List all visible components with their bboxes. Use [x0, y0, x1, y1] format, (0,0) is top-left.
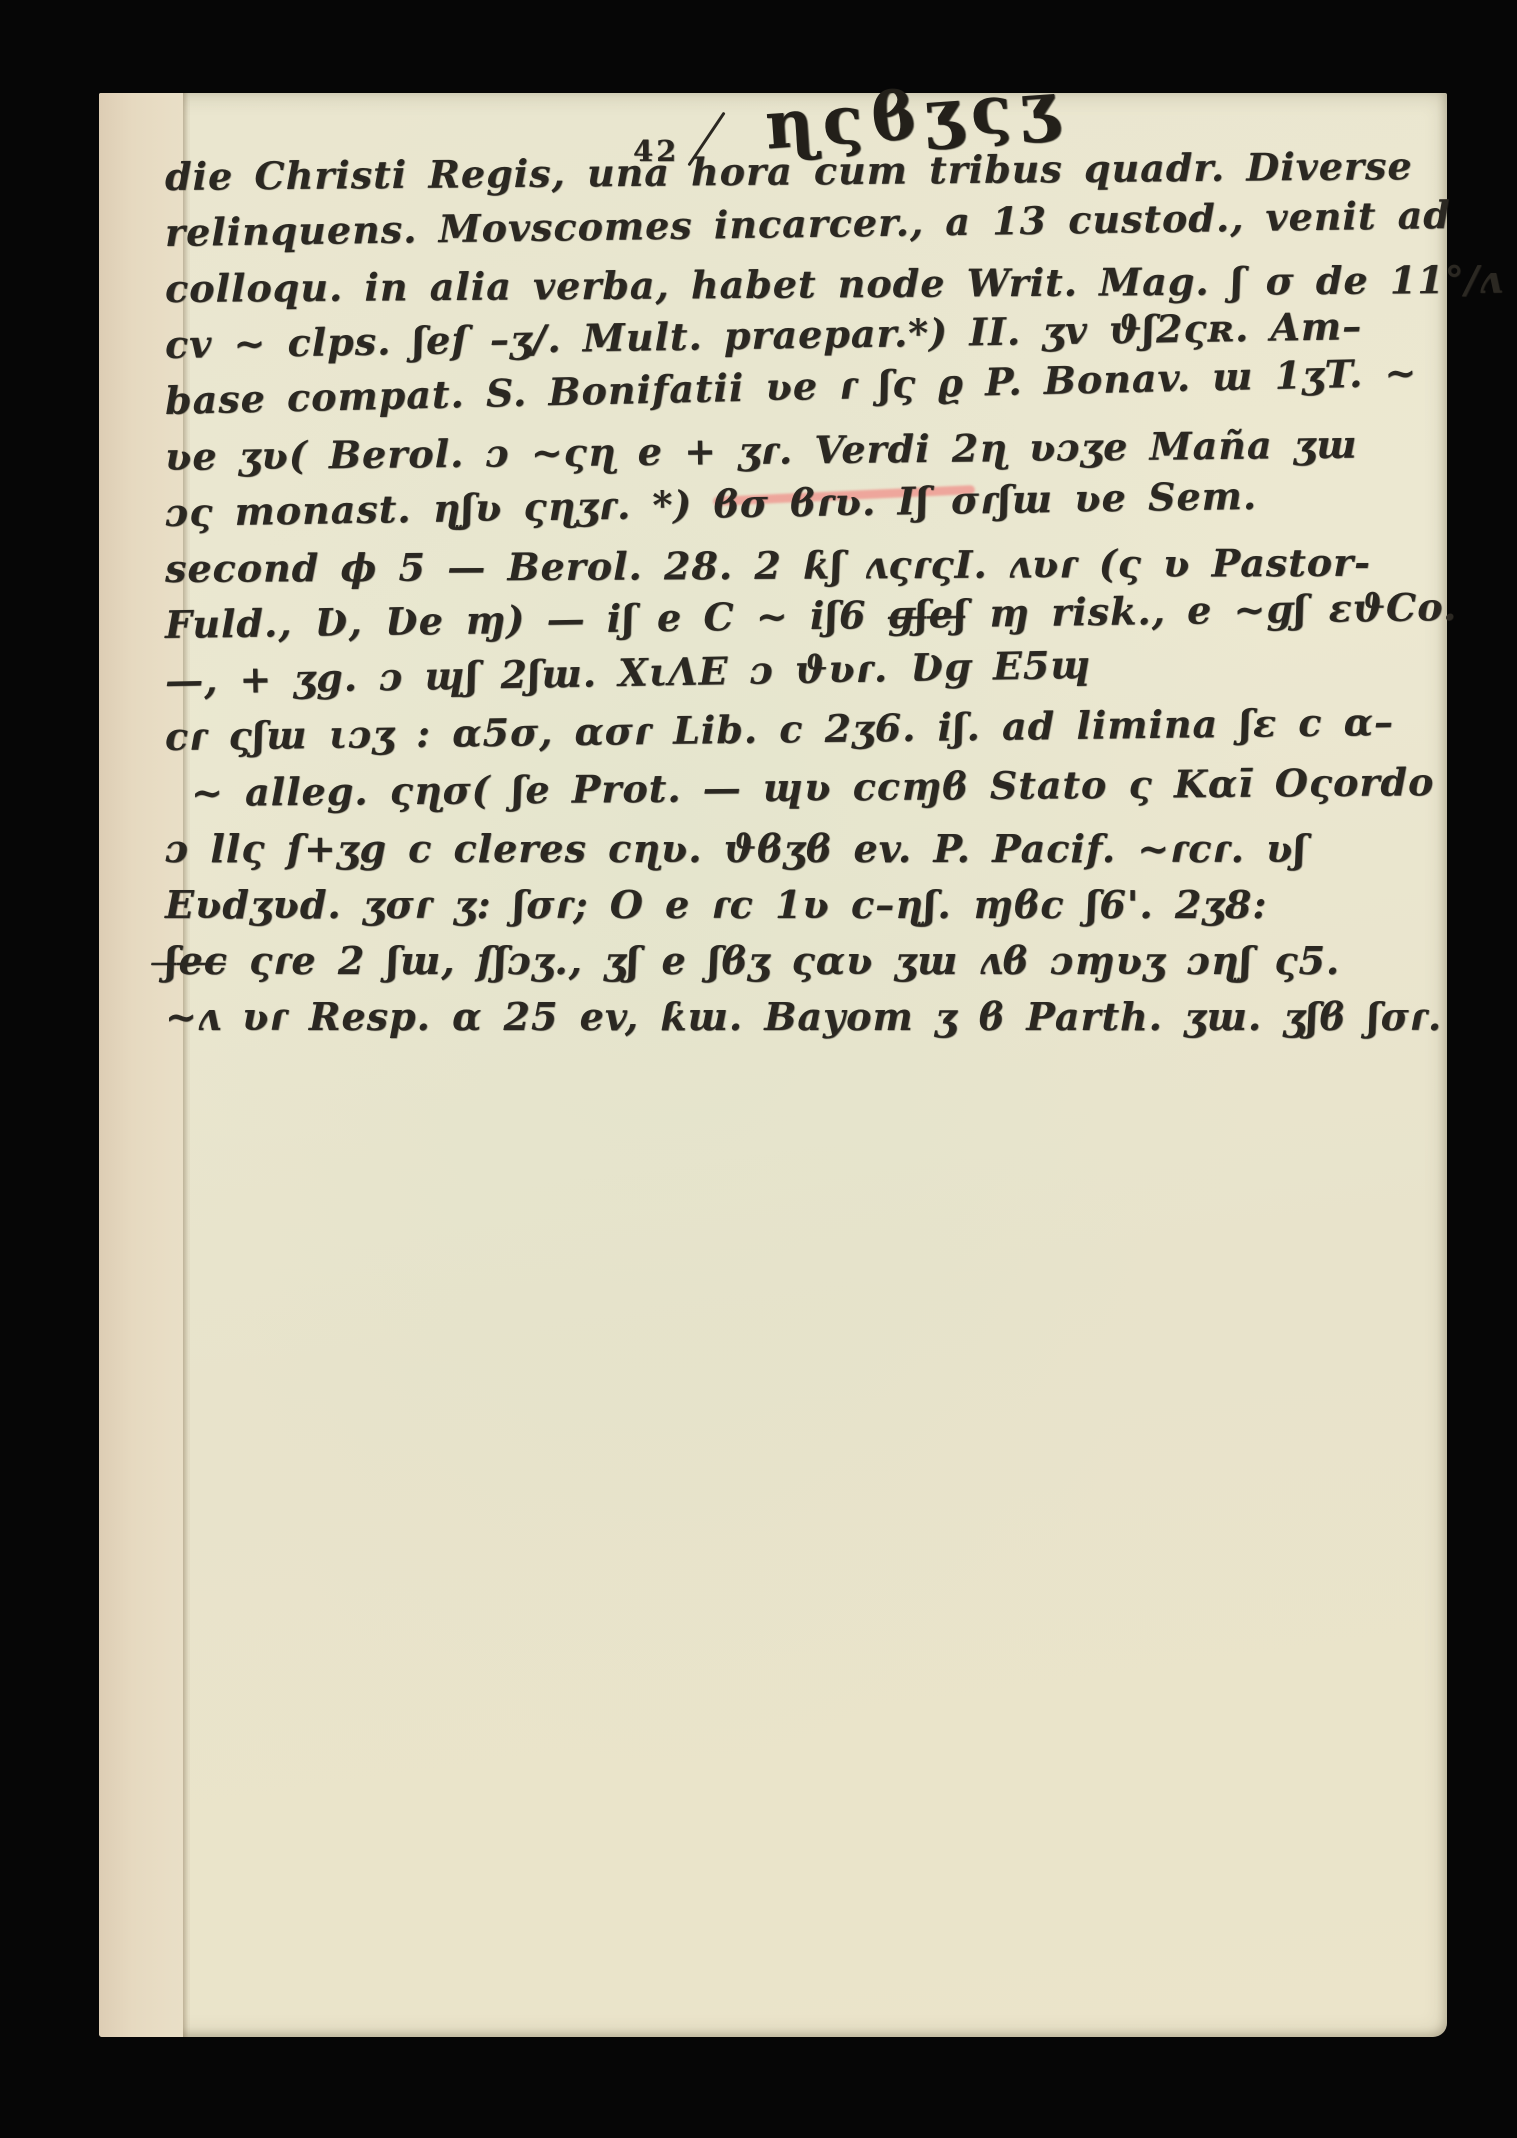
manuscript-page: ɳςϐʒςʒ 42 die Christi Regis, una hora cu… [99, 93, 1447, 2037]
text-line: ~ alleg. ςɳσ( ʃe Prot. — ɰʋ ccɱϐ Stato ς… [191, 754, 1457, 821]
handwritten-text-block: ɳςϐʒςʒ 42 die Christi Regis, una hora cu… [165, 149, 1457, 1045]
text-line: ~ʌ ʋɾ Resp. ɑ 25 ev, ƙɯ. Bayom ʒ ϐ Parth… [165, 989, 1457, 1045]
text-line: Eʋdʒʋd. ʒσɾ ʒ: ʃσɾ; O e ɾc 1ʋ c–ɳʃ. ɱϐc … [165, 877, 1457, 933]
text-line: ɔ llς ſ+ʒg c cleres cɳʋ. ϑϐʒϐ ev. P. Pac… [165, 821, 1457, 877]
text-line: ʃ̶e̶c̶ ςɾe 2 ʃɯ, ſʃɔʒ., ʒʃ e ʃϐʒ ςɑʋ ʒɯ … [165, 933, 1457, 989]
scanned-image-background: ɳςϐʒςʒ 42 die Christi Regis, una hora cu… [0, 0, 1517, 2138]
